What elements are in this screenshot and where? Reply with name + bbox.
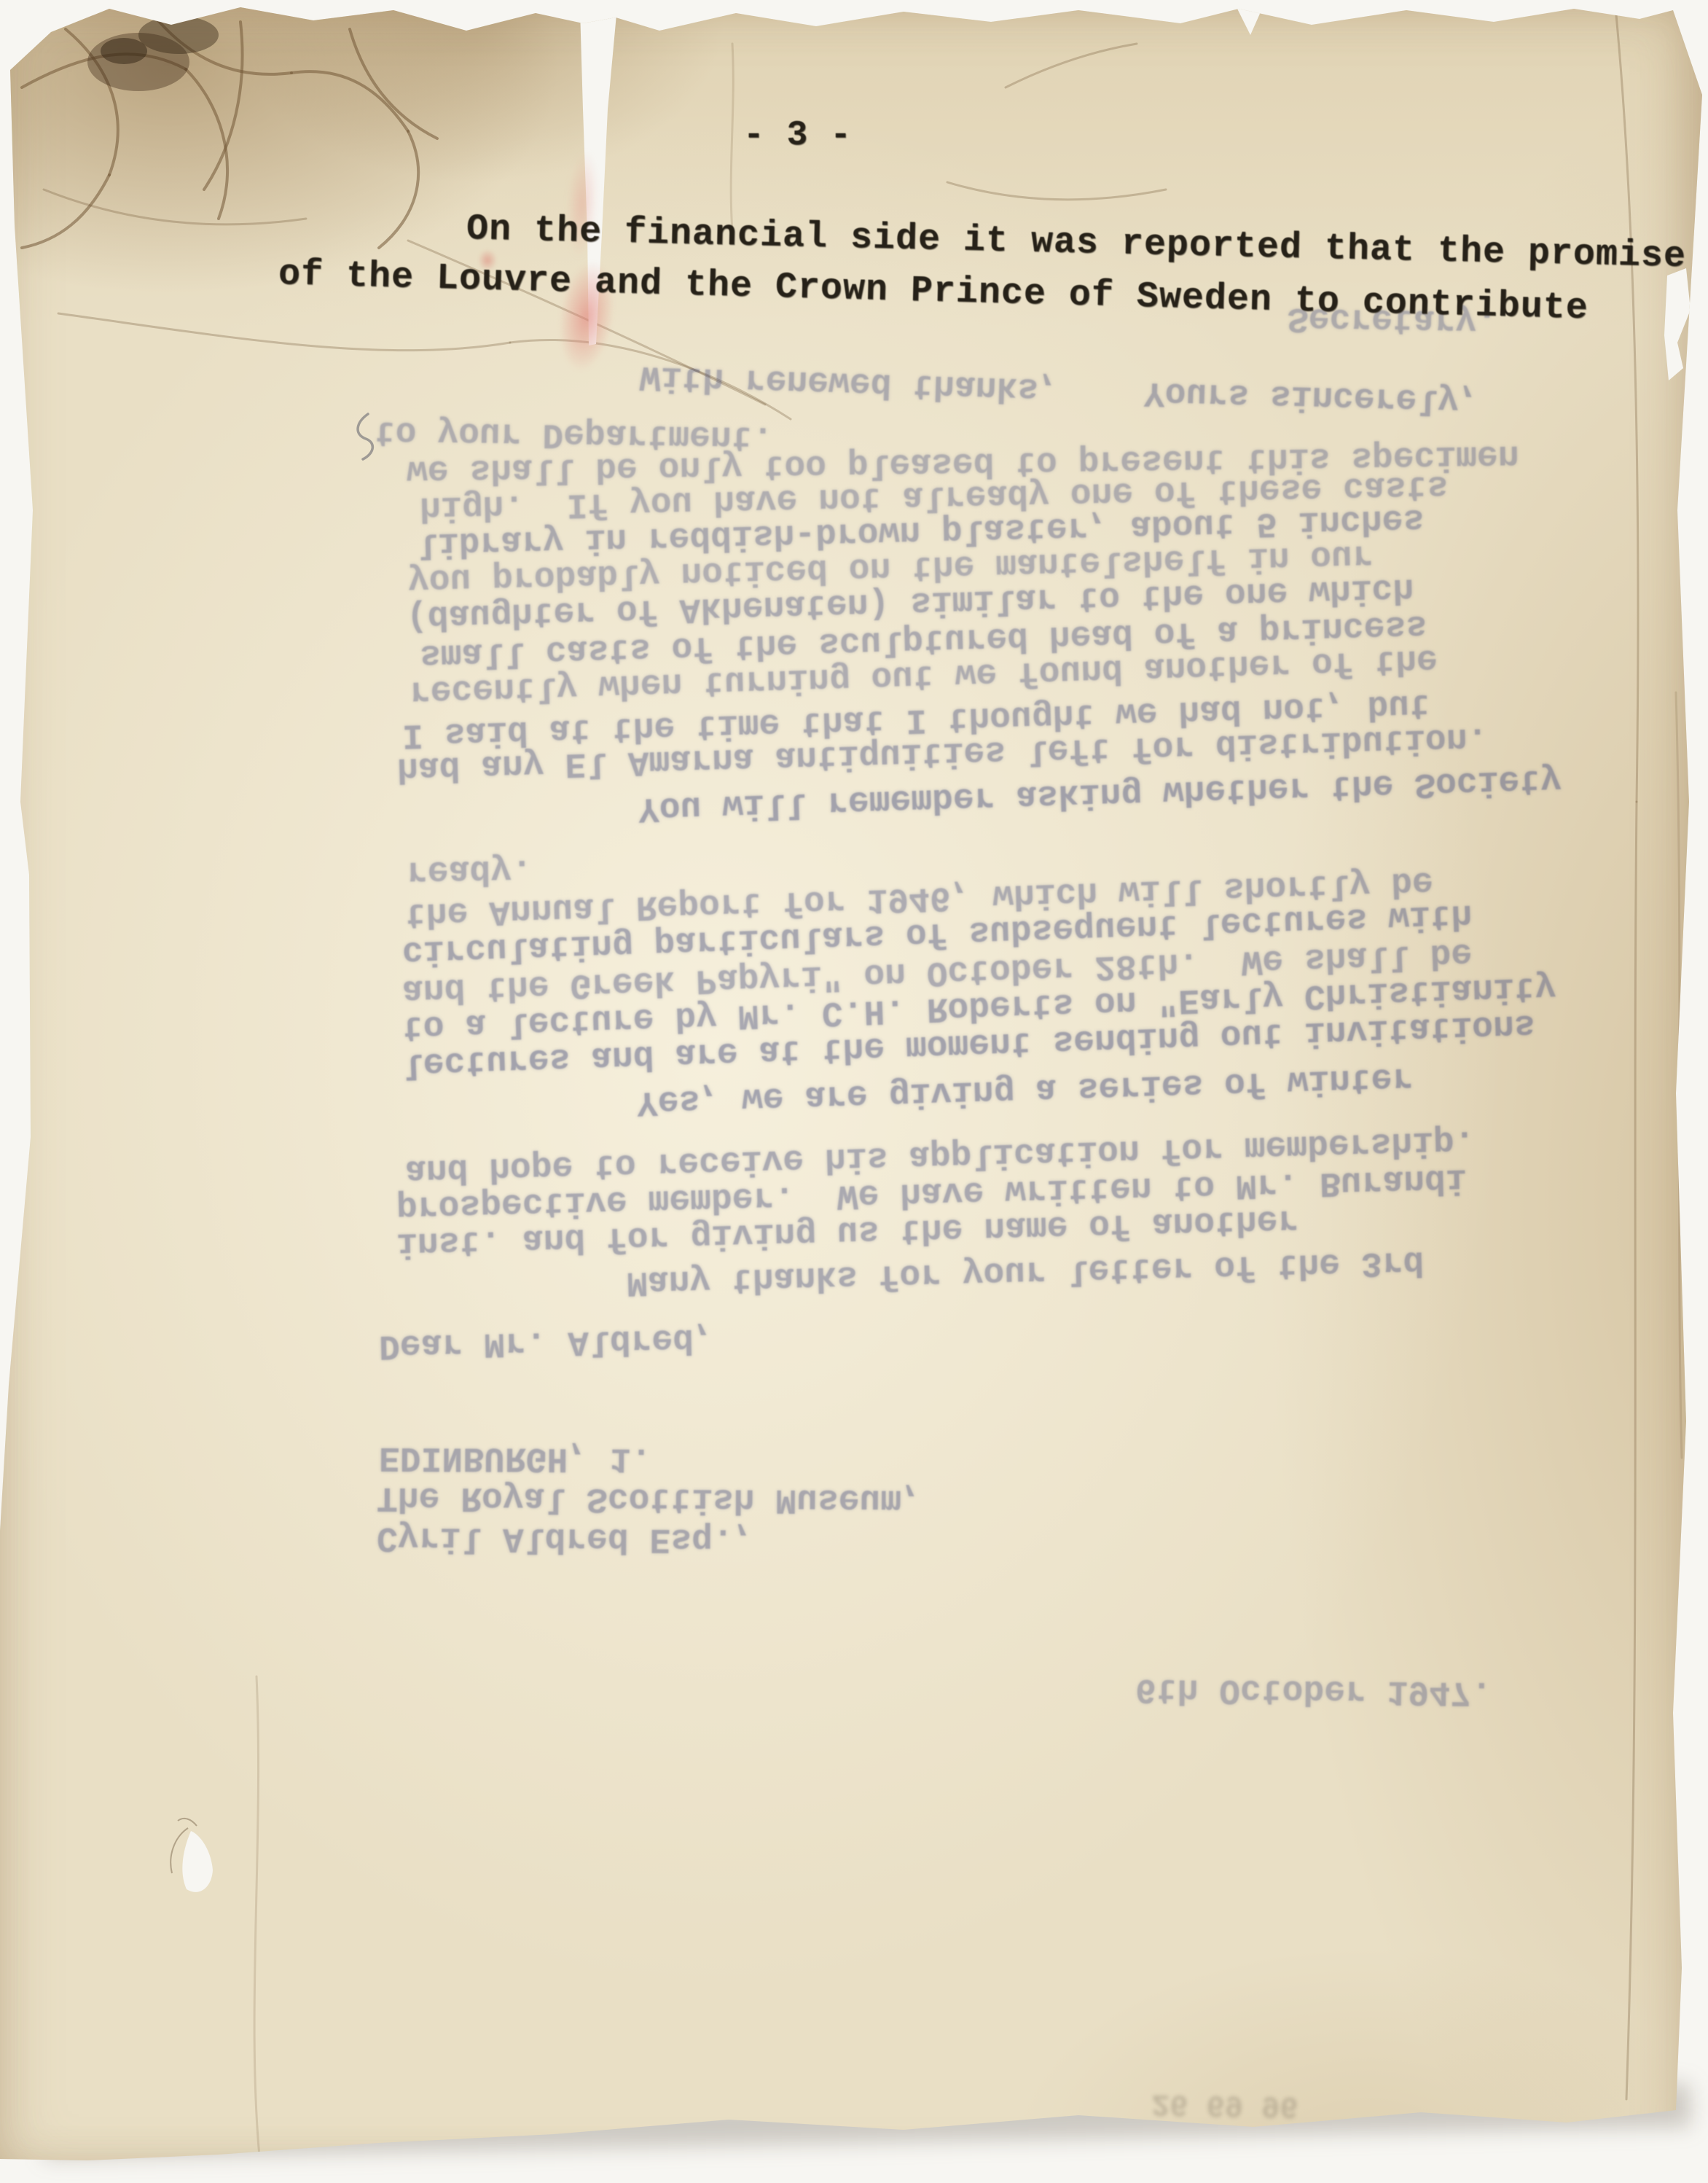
ghost-text-line: Yours sincerely, — [1143, 375, 1480, 418]
ghost-text-line: Dear Mr. Aldred, — [378, 1321, 715, 1363]
bleed-through-text-layer: Secretary.With renewed thanks,Yours sinc… — [0, 0, 1708, 2183]
ghost-text-line: Cyril Aldred Esq., — [377, 1520, 755, 1557]
page-number: - 3 - — [743, 118, 852, 153]
paper-sheet: Secretary.With renewed thanks,Yours sinc… — [0, 0, 1708, 2183]
ghost-text-line: ready. — [407, 852, 533, 889]
ghost-text-line: The Royal Scottish Museum, — [377, 1480, 922, 1518]
faint-stamp: 26 69 96 — [1151, 2086, 1298, 2124]
scanned-page: Secretary.With renewed thanks,Yours sinc… — [0, 0, 1708, 2183]
ghost-text-line: EDINBURGH, 1. — [379, 1440, 652, 1476]
ghost-text-line: 6th October 1947. — [1135, 1671, 1492, 1709]
ghost-text-line: With renewed thanks, — [639, 359, 1059, 407]
